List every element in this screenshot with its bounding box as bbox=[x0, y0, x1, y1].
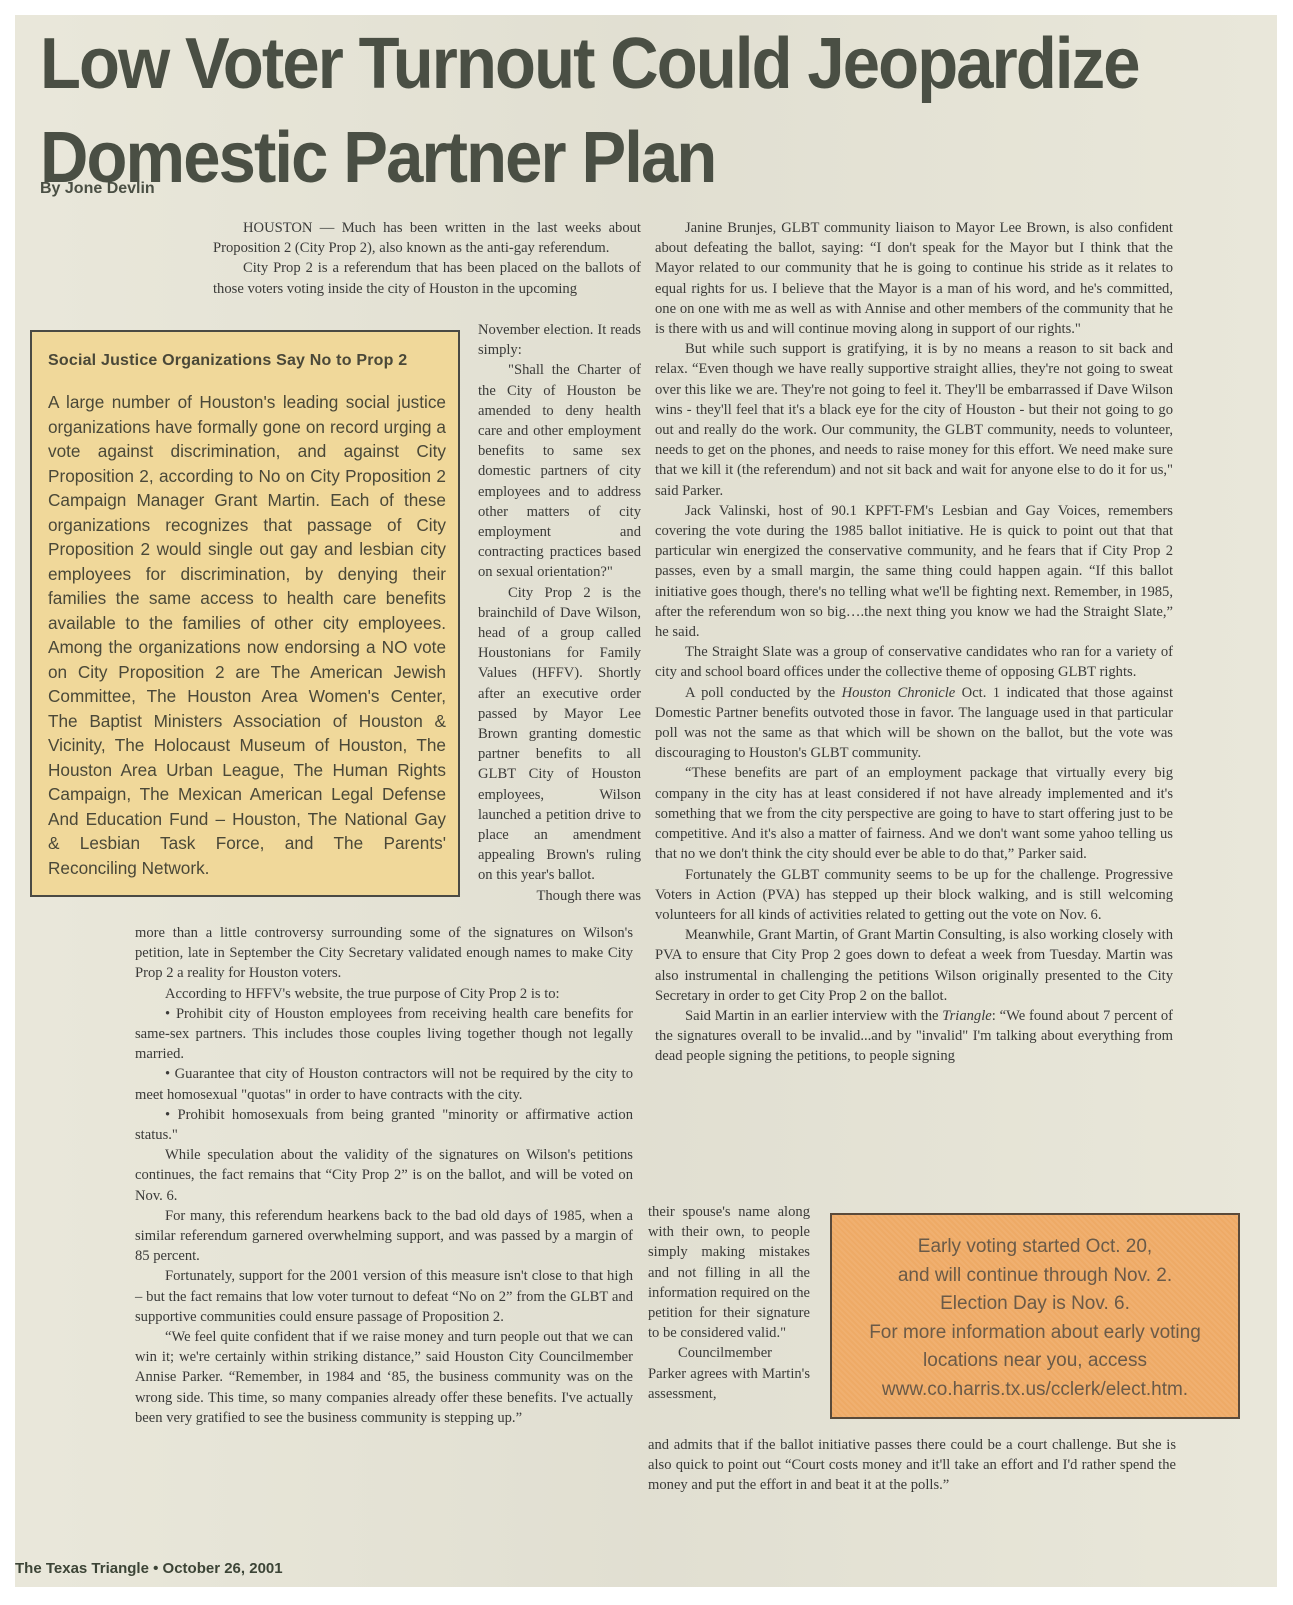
right-bottom-column: and admits that if the ballot initiative… bbox=[648, 1435, 1176, 1496]
intro-column: HOUSTON — Much has been written in the l… bbox=[213, 218, 641, 299]
right-bottom-paragraph: and admits that if the ballot initiative… bbox=[648, 1435, 1176, 1496]
left-lower-column: more than a little controversy surroundi… bbox=[135, 923, 633, 1428]
info-line-5: locations near you, access bbox=[832, 1347, 1238, 1376]
info-line-1: Early voting started Oct. 20, bbox=[832, 1233, 1238, 1262]
bullet-item-2: • Guarantee that city of Houston contrac… bbox=[135, 1064, 633, 1104]
left-paragraph-1: more than a little controversy surroundi… bbox=[135, 923, 633, 984]
right-paragraph-2: But while such support is gratifying, it… bbox=[655, 339, 1173, 501]
sidebar-body: A large number of Houston's leading soci… bbox=[48, 390, 446, 880]
right-narrow-paragraph-1: their spouse's name along with their own… bbox=[648, 1202, 810, 1343]
sidebar-title: Social Justice Organizations Say No to P… bbox=[48, 352, 446, 370]
bullet-item-3: • Prohibit homosexuals from being grante… bbox=[135, 1105, 633, 1145]
intro-paragraph-2: City Prop 2 is a referendum that has bee… bbox=[213, 258, 641, 298]
right-paragraph-8: Meanwhile, Grant Martin, of Grant Martin… bbox=[655, 925, 1173, 1006]
early-voting-info-box: Early voting started Oct. 20, and will c… bbox=[830, 1213, 1240, 1419]
ballot-question-quote: "Shall the Charter of the City of Housto… bbox=[478, 360, 641, 582]
right-paragraph-7: Fortunately the GLBT community seems to … bbox=[655, 865, 1173, 926]
right-paragraph-6: “These benefits are part of an employmen… bbox=[655, 763, 1173, 864]
headline: Low Voter Turnout Could JeopardizeDomest… bbox=[40, 17, 1139, 205]
right-paragraph-5: A poll conducted by the Houston Chronicl… bbox=[655, 683, 1173, 764]
right-column: Janine Brunjes, GLBT community liaison t… bbox=[655, 218, 1173, 1067]
info-line-4: For more information about early voting bbox=[832, 1319, 1238, 1348]
narrow-paragraph-4: Though there was bbox=[478, 886, 641, 906]
election-url: www.co.harris.tx.us/cclerk/elect.htm. bbox=[832, 1376, 1238, 1405]
narrow-paragraph-1: November election. It reads simply: bbox=[478, 320, 641, 360]
info-line-3: Election Day is Nov. 6. bbox=[832, 1290, 1238, 1319]
publication-name: Triangle bbox=[942, 1008, 991, 1024]
narrow-column: November election. It reads simply: "Sha… bbox=[478, 320, 641, 906]
left-paragraph-2: According to HFFV's website, the true pu… bbox=[135, 984, 633, 1004]
byline: By Jone Devlin bbox=[40, 180, 155, 198]
narrow-paragraph-3: City Prop 2 is the brainchild of Dave Wi… bbox=[478, 583, 641, 886]
right-paragraph-3: Jack Valinski, host of 90.1 KPFT-FM's Le… bbox=[655, 501, 1173, 642]
info-line-2: and will continue through Nov. 2. bbox=[832, 1262, 1238, 1291]
left-paragraph-5: Fortunately, support for the 2001 versio… bbox=[135, 1266, 633, 1327]
bullet-item-1: • Prohibit city of Houston employees fro… bbox=[135, 1004, 633, 1065]
right-paragraph-4: The Straight Slate was a group of conser… bbox=[655, 642, 1173, 682]
intro-paragraph-1: HOUSTON — Much has been written in the l… bbox=[213, 218, 641, 258]
left-paragraph-3: While speculation about the validity of … bbox=[135, 1145, 633, 1206]
publication-name: Houston Chronicle bbox=[842, 685, 956, 701]
headline-line-1: Low Voter Turnout Could Jeopardize bbox=[40, 24, 1139, 104]
left-paragraph-4: For many, this referendum hearkens back … bbox=[135, 1206, 633, 1267]
right-narrow-column: their spouse's name along with their own… bbox=[648, 1202, 810, 1404]
newspaper-page: Low Voter Turnout Could JeopardizeDomest… bbox=[15, 15, 1277, 1587]
sidebar-box: Social Justice Organizations Say No to P… bbox=[30, 330, 460, 897]
footer-publication-date: The Texas Triangle • October 26, 2001 bbox=[15, 1560, 283, 1577]
right-paragraph-9: Said Martin in an earlier interview with… bbox=[655, 1006, 1173, 1067]
left-paragraph-6: “We feel quite confident that if we rais… bbox=[135, 1327, 633, 1428]
right-narrow-paragraph-2: Councilmember Parker agrees with Martin'… bbox=[648, 1343, 810, 1404]
right-paragraph-1: Janine Brunjes, GLBT community liaison t… bbox=[655, 218, 1173, 339]
